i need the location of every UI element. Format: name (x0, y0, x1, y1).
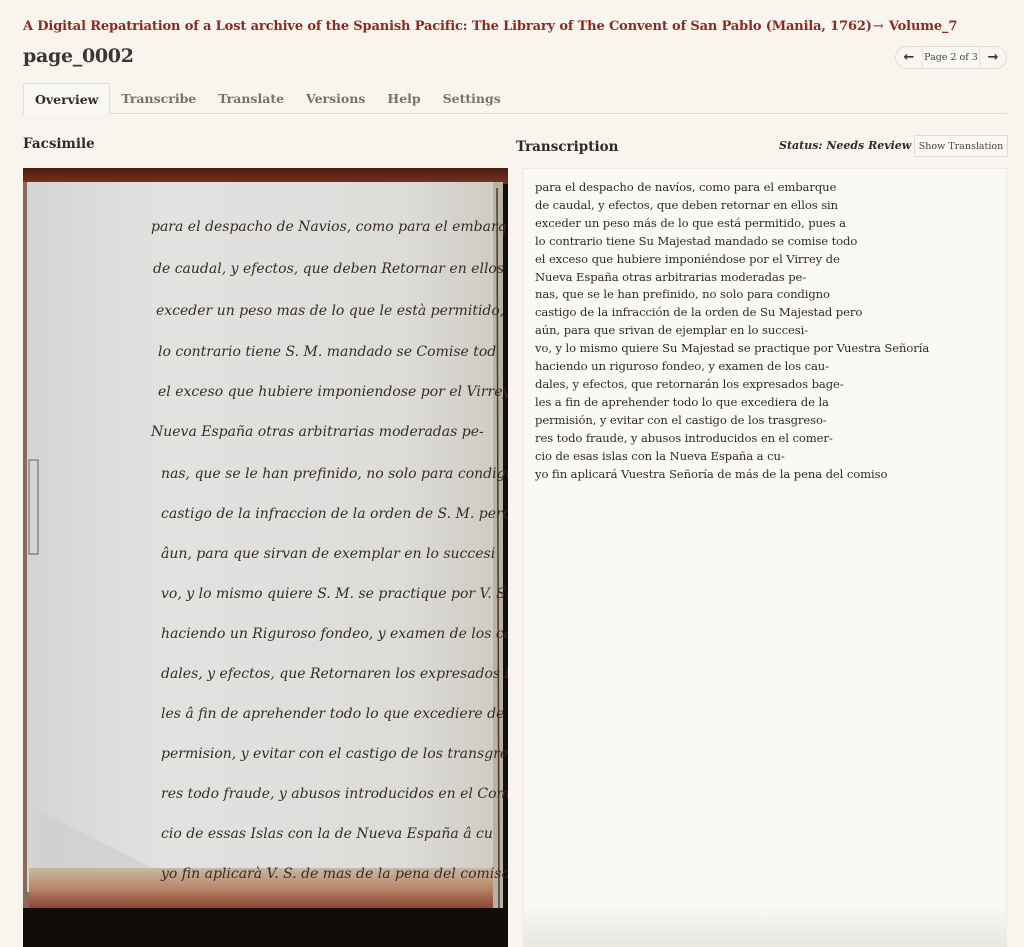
transcription-line: permisión, y evitar con el castigo de lo… (535, 412, 995, 430)
manuscript-line: les â fin de aprehender todo lo que exce… (161, 706, 508, 722)
arrow-left-icon: ← (904, 50, 915, 65)
page-title: page_0002 (23, 45, 134, 67)
manuscript-line: el exceso que hubiere imponiendose por e… (158, 384, 508, 400)
breadcrumb-arrow-icon: → (873, 19, 884, 34)
transcription-line: yo fin aplicará Vuestra Señoría de más d… (535, 466, 995, 484)
manuscript-line: yo fin aplicarà V. S. de mas de la pena … (160, 866, 508, 882)
tab-transcribe[interactable]: Transcribe (110, 83, 207, 114)
transcription-line: castigo de la infracción de la orden de … (535, 304, 995, 322)
status-badge: Status: Needs Review (779, 139, 911, 152)
transcription-line: dales, y efectos, que retornarán los exp… (535, 376, 995, 394)
transcription-line: vo, y lo mismo quiere Su Majestad se pra… (535, 340, 995, 358)
transcription-line: exceder un peso más de lo que está permi… (535, 215, 995, 233)
previous-page-button[interactable]: ← (896, 47, 922, 68)
next-page-button[interactable]: → (980, 47, 1006, 68)
manuscript-page-image: para el despacho de Navios, como para el… (23, 168, 508, 947)
manuscript-line: dales, y efectos, que Retornaren los exp… (161, 666, 508, 682)
transcription-line: aún, para que srivan de ejemplar en lo s… (535, 322, 995, 340)
transcription-heading: Transcription (516, 139, 618, 155)
tab-bar: Overview Transcribe Translate Versions H… (23, 83, 1007, 114)
breadcrumb: A Digital Repatriation of a Lost archive… (23, 19, 957, 34)
facsimile-image[interactable]: para el despacho de Navios, como para el… (23, 168, 508, 947)
manuscript-line: de caudal, y efectos, que deben Retornar… (153, 261, 508, 277)
manuscript-line: nas, que se le han prefinido, no solo pa… (161, 466, 508, 482)
tab-help[interactable]: Help (376, 83, 431, 114)
show-translation-button[interactable]: Show Translation (914, 135, 1008, 157)
breadcrumb-volume-link[interactable]: Volume_7 (889, 19, 957, 34)
transcription-panel: para el despacho de navíos, como para el… (523, 168, 1007, 947)
transcription-line: para el despacho de navíos, como para el… (535, 179, 995, 197)
scroll-fade (524, 906, 1006, 946)
transcription-line: cio de esas islas con la Nueva España a … (535, 448, 995, 466)
manuscript-line: lo contrario tiene S. M. mandado se Comi… (158, 344, 496, 360)
transcription-line: res todo fraude, y abusos introducidos e… (535, 430, 995, 448)
breadcrumb-collection-link[interactable]: A Digital Repatriation of a Lost archive… (23, 19, 872, 34)
manuscript-line: Nueva España otras arbitrarias moderadas… (150, 424, 484, 440)
transcription-line: lo contrario tiene Su Majestad mandado s… (535, 233, 995, 251)
facsimile-heading: Facsimile (23, 136, 95, 152)
transcription-line: les a fin de aprehender todo lo que exce… (535, 394, 995, 412)
manuscript-line: exceder un peso mas de lo que le està pe… (156, 303, 508, 319)
transcription-line: Nueva España otras arbitrarias moderadas… (535, 269, 995, 287)
tab-translate[interactable]: Translate (207, 83, 295, 114)
manuscript-line: âun, para que sirvan de exemplar en lo s… (161, 546, 495, 562)
manuscript-line: permision, y evitar con el castigo de lo… (161, 746, 508, 762)
manuscript-line: vo, y lo mismo quiere S. M. se practique… (161, 586, 508, 602)
manuscript-line: para el despacho de Navios, como para el… (151, 219, 508, 235)
transcription-line: nas, que se le han prefinido, no solo pa… (535, 286, 995, 304)
transcription-line: el exceso que hubiere imponiéndose por e… (535, 251, 995, 269)
manuscript-line: haciendo un Riguroso fondeo, y examen de… (161, 626, 508, 642)
manuscript-line: castigo de la infraccion de la orden de … (161, 506, 508, 522)
tab-overview[interactable]: Overview (23, 83, 110, 115)
transcription-line: de caudal, y efectos, que deben retornar… (535, 197, 995, 215)
page-indicator: Page 2 of 3 (922, 47, 980, 68)
tab-versions[interactable]: Versions (295, 83, 376, 114)
transcription-line: haciendo un riguroso fondeo, y examen de… (535, 358, 995, 376)
arrow-right-icon: → (988, 50, 999, 65)
page-pager: ← Page 2 of 3 → (895, 46, 1007, 69)
tab-settings[interactable]: Settings (432, 83, 512, 114)
manuscript-line: res todo fraude, y abusos introducidos e… (161, 786, 508, 802)
manuscript-line: cio de essas Islas con la de Nueva Españ… (161, 826, 493, 842)
